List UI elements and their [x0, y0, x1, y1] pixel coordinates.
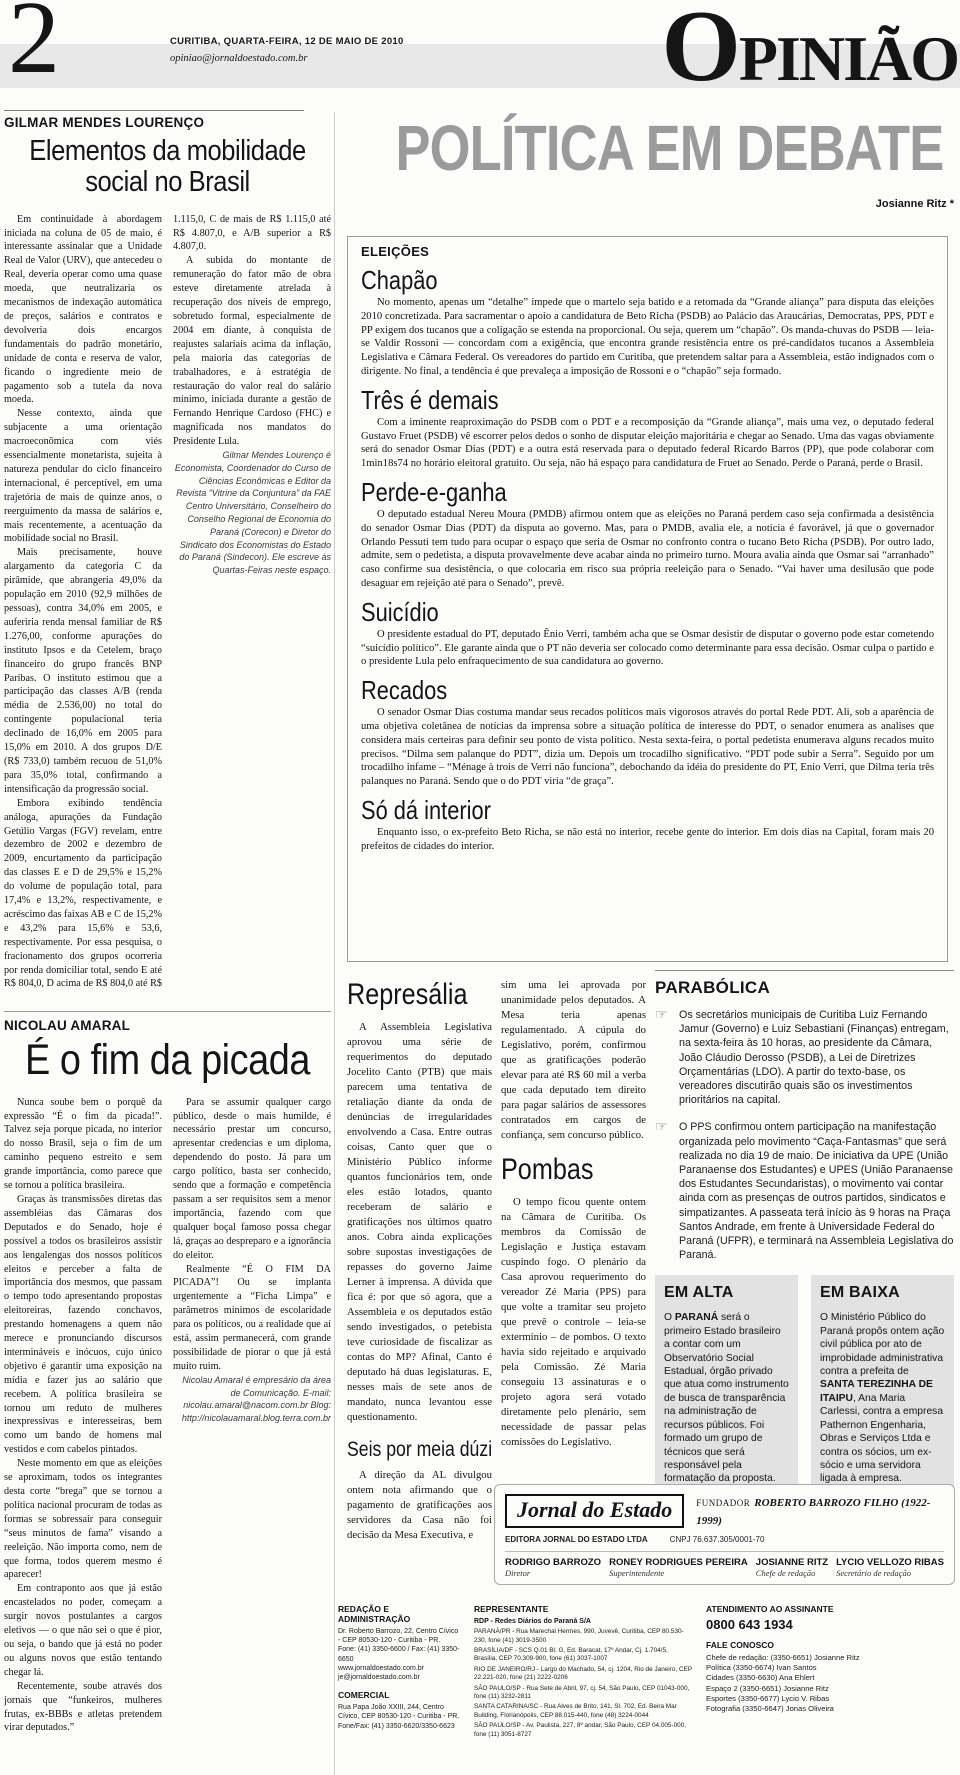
- section-heading-recados: Recados: [361, 677, 934, 703]
- em-alta-box: EM ALTA O PARANÁ será o primeiro Estado …: [655, 1275, 798, 1497]
- article2-body: Nunca soube bem o porquê da expressão “É…: [4, 1096, 331, 1751]
- section-masthead: OPINIÃO: [662, 0, 958, 94]
- staff-member: RONEY RODRIGUES PEREIRA Superintendente: [609, 1557, 748, 1578]
- paragraph: Em continuidade à abordagem iniciada na …: [4, 213, 162, 408]
- paragraph: Nesse contexto, ainda que subjacente a u…: [4, 407, 162, 546]
- paragraph: Em contraponto aos que já estão encastel…: [4, 1582, 162, 1679]
- section-heading-tres-e-demais: Três é demais: [361, 387, 934, 413]
- article1-author-bio: Gilmar Mendes Lourenço é Economista, Coo…: [173, 449, 331, 577]
- article2-author-bio: Nicolau Amaral é empresário da área de C…: [173, 1374, 331, 1425]
- em-baixa-text: O Ministério Público do Paraná propôs on…: [820, 1311, 945, 1485]
- article-rule: [4, 110, 304, 111]
- section-heading-seis-por-meia-duzia: Seis por meia dúzia: [347, 1439, 492, 1460]
- staff-member: LYCIO VELLOZO RIBAS Secretário de redaçã…: [836, 1557, 944, 1578]
- staff-member: RODRIGO BARROZO Diretor: [505, 1557, 601, 1578]
- debate-column-right: PARABÓLICA ☞ Os secretários municipais d…: [655, 970, 954, 1521]
- paragraph: Nunca soube bem o porquê da expressão “É…: [4, 1096, 162, 1193]
- representante-block: REPRESENTANTE RDP - Redes Diários do Par…: [474, 1604, 692, 1741]
- redacao-email: je@jornaldoestado.com.br: [338, 1673, 460, 1682]
- article1-author-kicker: GILMAR MENDES LOURENÇO: [4, 115, 331, 130]
- elections-box: ELEIÇÕES Chapão No momento, apenas um “d…: [347, 236, 948, 962]
- site-url: www.jornaldoestado.com.br: [338, 1664, 460, 1673]
- debate-column-left: Represália A Assembleia Legislativa apro…: [347, 978, 492, 1600]
- paragraph: Recentemente, soube através dos jornais …: [4, 1680, 162, 1736]
- section-heading-pombas: Pombas: [501, 1155, 646, 1185]
- section-email: opiniao@jornaldoestado.com.br: [170, 53, 307, 64]
- em-baixa-heading: EM BAIXA: [820, 1284, 945, 1302]
- paragraph: Graças às transmissões diretas das assem…: [4, 1193, 162, 1457]
- article2-title: É o fim da picada: [24, 1039, 312, 1082]
- paragraph: A subida do montante de remuneração do f…: [173, 254, 331, 449]
- em-alta-heading: EM ALTA: [664, 1284, 789, 1302]
- section-text: Com a iminente reaproximação do PSDB com…: [361, 416, 934, 471]
- article-mobilidade-social: GILMAR MENDES LOURENÇO Elementos da mobi…: [4, 110, 331, 1003]
- section-heading-perde-e-ganha: Perde-e-ganha: [361, 479, 934, 505]
- redacao-block: REDAÇÃO E ADMINISTRAÇÃO Dr. Roberto Barr…: [338, 1604, 460, 1741]
- article1-body: Em continuidade à abordagem iniciada na …: [4, 213, 331, 1003]
- parabolica-item: ☞ Os secretários municipais de Curitiba …: [655, 1008, 954, 1107]
- masthead-logo-row: Jornal do Estado FUNDADOR ROBERTO BARROZ…: [505, 1493, 944, 1529]
- masthead-initial: O: [662, 0, 739, 94]
- column-divider: [334, 112, 335, 1775]
- paragraph: Realmente “É O FIM DA PICADA”! Ou se imp…: [173, 1263, 331, 1374]
- elections-label: ELEIÇÕES: [361, 244, 934, 259]
- newspaper-opinion-page: { "header": { "page_number": "2", "datel…: [0, 0, 960, 1775]
- dateline: CURITIBA, QUARTA-FEIRA, 12 DE MAIO DE 20…: [170, 36, 404, 47]
- newspaper-logo: Jornal do Estado: [505, 1494, 684, 1528]
- debate-byline: Josianne Ritz *: [876, 198, 954, 210]
- paragraph: Neste momento em que as eleições se apro…: [4, 1457, 162, 1582]
- founder-line: FUNDADOR ROBERTO BARROZO FILHO (1922-199…: [696, 1493, 944, 1529]
- em-baixa-box: EM BAIXA O Ministério Público do Paraná …: [811, 1275, 954, 1497]
- section-heading-represalia: Represália: [347, 980, 492, 1010]
- status-boxes: EM ALTA O PARANÁ será o primeiro Estado …: [655, 1275, 954, 1497]
- article2-author-kicker: NICOLAU AMARAL: [4, 1018, 331, 1033]
- section-text-continuation: sim uma lei aprovada por unanimidade pel…: [501, 978, 646, 1143]
- masthead-rest: PINIÃO: [739, 30, 958, 89]
- paragraph: Mais precisamente, houve alargamento da …: [4, 546, 162, 796]
- article-fim-da-picada: NICOLAU AMARAL É o fim da picada Nunca s…: [4, 1011, 331, 1751]
- parabolica-item: ☞ O PPS confirmou ontem participação na …: [655, 1120, 954, 1262]
- staff-member: JOSIANNE RITZ Chefe de redação: [756, 1557, 828, 1578]
- section-text: O deputado estadual Nereu Moura (PMDB) a…: [361, 508, 934, 591]
- parabolica-item-text: Os secretários municipais de Curitiba Lu…: [679, 1008, 954, 1107]
- atendimento-block: ATENDIMENTO AO ASSINANTE 0800 643 1934 F…: [706, 1604, 955, 1741]
- section-text: A direção da AL divulgou ontem nota afir…: [347, 1468, 492, 1543]
- section-text: A Assembleia Legislativa aprovou uma sér…: [347, 1020, 492, 1425]
- section-text: O senador Osmar Dias costuma mandar seus…: [361, 706, 934, 789]
- section-text: Enquanto isso, o ex-prefeito Beto Richa,…: [361, 826, 934, 854]
- section-heading-parabolica: PARABÓLICA: [655, 978, 954, 998]
- staff-row: RODRIGO BARROZO Diretor RONEY RODRIGUES …: [505, 1551, 944, 1578]
- section-text: O tempo ficou quente ontem na Câmara de …: [501, 1195, 646, 1450]
- section-heading-chapao: Chapão: [361, 267, 934, 293]
- section-heading-so-da-interior: Só dá interior: [361, 797, 934, 823]
- left-column: GILMAR MENDES LOURENÇO Elementos da mobi…: [4, 110, 331, 1751]
- parabolica-rule: [655, 970, 954, 971]
- article1-title: Elementos da mobilidade social no Brasil: [24, 136, 312, 199]
- em-alta-text: O PARANÁ será o primeiro Estado brasilei…: [664, 1311, 789, 1485]
- paragraph: Para se assumir qualquer cargo público, …: [173, 1096, 331, 1263]
- debate-column-middle: sim uma lei aprovada por unanimidade pel…: [501, 978, 646, 1478]
- masthead-footer: Jornal do Estado FUNDADOR ROBERTO BARROZ…: [494, 1484, 955, 1585]
- parabolica-item-text: O PPS confirmou ontem participação na ma…: [679, 1120, 954, 1262]
- pointing-hand-icon: ☞: [655, 1120, 671, 1262]
- section-heading-suicidio: Suicídio: [361, 599, 934, 625]
- debate-section-title: POLÍTICA EM DEBATE: [395, 116, 900, 180]
- editora-line: EDITORA JORNAL DO ESTADO LTDA CNPJ 76.63…: [505, 1535, 944, 1544]
- assinante-phone: 0800 643 1934: [706, 1617, 955, 1632]
- page-number: 2: [8, 0, 60, 90]
- pointing-hand-icon: ☞: [655, 1008, 671, 1107]
- contact-blocks: REDAÇÃO E ADMINISTRAÇÃO Dr. Roberto Barr…: [338, 1604, 955, 1741]
- section-text: O presidente estadual do PT, deputado Ên…: [361, 628, 934, 669]
- section-text: No momento, apenas um “detalhe” impede q…: [361, 296, 934, 379]
